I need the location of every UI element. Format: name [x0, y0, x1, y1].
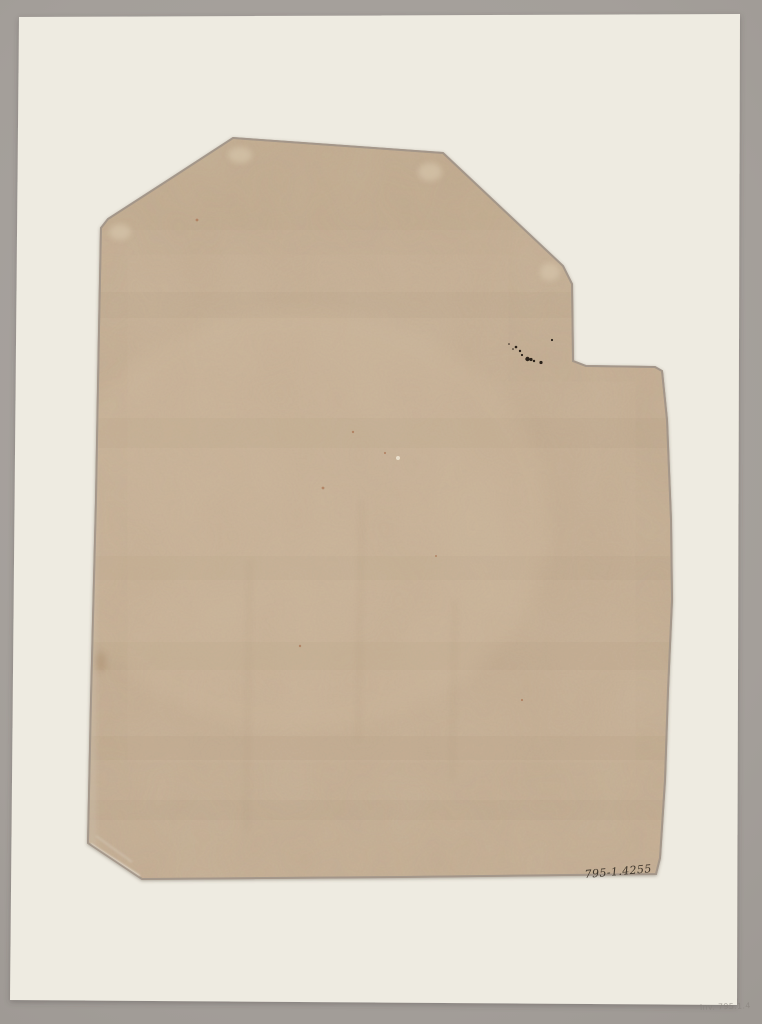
- left-edge-stain: [96, 652, 106, 672]
- paper-light-zone: [50, 310, 550, 730]
- photograph-of-mounted-artwork: 795-1.4255 Inv. 795.1.4: [0, 0, 762, 1024]
- white-fleck: [396, 456, 400, 460]
- artwork-photo-canvas: 795-1.4255 Inv. 795.1.4: [0, 0, 762, 1024]
- inventory-corner-note: Inv. 795.1.4: [700, 1001, 751, 1012]
